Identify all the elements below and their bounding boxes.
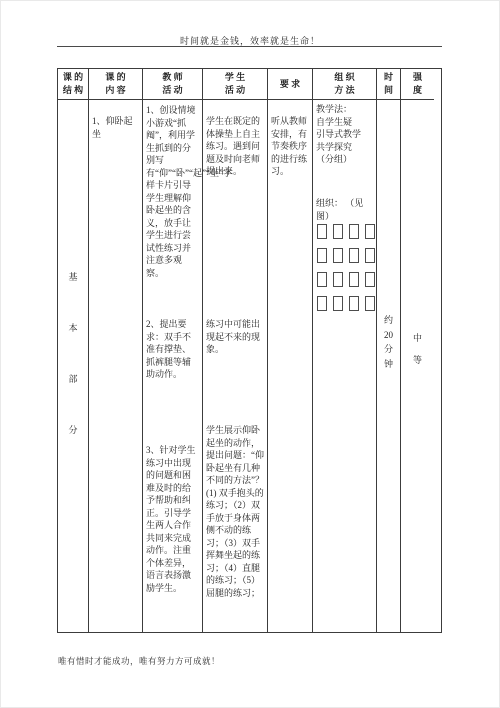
header-time: 时 间 bbox=[377, 69, 400, 100]
mat-rectangle bbox=[317, 272, 327, 287]
cell-time-body: 约 20 分 钟 bbox=[377, 100, 400, 632]
content-item: 1、仰卧起坐 bbox=[92, 115, 139, 140]
mat-rectangle bbox=[333, 296, 343, 311]
requirements-text: 听从教师安排，有节奏秩序的进行练习。 bbox=[271, 115, 309, 178]
teacher-activity-2: 2、提出要求：双手不准有撑垫、抓裤腿等辅助动作。 bbox=[146, 318, 199, 381]
cell-structure-body: 基 本 部 分 bbox=[58, 100, 88, 632]
lesson-plan-table: 课 的 结 构 基 本 部 分 课 的 内 容 1、仰卧起坐 教 师 活 动 1… bbox=[57, 68, 442, 633]
teacher-activity-1: 1、创设情境小游戏“抓阄”，利用学生抓到的分别写有“仰”“卧”“起”“坐”字样卡… bbox=[146, 104, 199, 279]
mat-rectangle bbox=[333, 272, 343, 287]
mat-rectangle bbox=[365, 272, 375, 287]
formation-label: 组织： （见图） bbox=[316, 197, 373, 222]
formation-diagram bbox=[317, 224, 375, 311]
header-teacher-activity: 教 师 活 动 bbox=[143, 69, 202, 100]
student-activity-3: 学生展示仰卧起坐的动作，提出问题：“仰卧起坐有几种不同的方法”？(1) 双手抱头… bbox=[206, 424, 264, 599]
column-time: 时 间 约 20 分 钟 bbox=[377, 69, 401, 632]
mat-rectangle bbox=[317, 248, 327, 263]
column-student-activity: 学 生 活 动 学生在既定的体操垫上自主练习。遇到问题及时向老师提出来。 练习中… bbox=[203, 69, 268, 632]
mat-rectangle bbox=[333, 248, 343, 263]
student-activity-2: 练习中可能出现起不来的现象。 bbox=[206, 318, 264, 356]
column-intensity: 强 度 中 等 bbox=[401, 69, 434, 632]
header-divider bbox=[57, 46, 442, 47]
header-structure: 课 的 结 构 bbox=[58, 69, 88, 100]
header-requirements: 要 求 bbox=[268, 69, 312, 100]
mat-rectangle bbox=[333, 224, 343, 239]
column-content: 课 的 内 容 1、仰卧起坐 bbox=[89, 69, 143, 632]
teacher-activity-3: 3、针对学生练习中出现的问题和困难及时的给予帮助和纠正。引导学生两人合作共同来完… bbox=[146, 444, 199, 594]
intensity-value: 中 等 bbox=[401, 327, 434, 371]
column-organization: 组 织 方 法 教学法： 自学生疑 引导式教学 共学探究 （分组） 组织： （见… bbox=[313, 69, 377, 632]
mat-rectangle bbox=[365, 296, 375, 311]
header-organization: 组 织 方 法 bbox=[313, 69, 376, 100]
time-value: 约 20 分 钟 bbox=[377, 313, 400, 371]
mat-rectangle bbox=[349, 272, 359, 287]
mat-rectangle bbox=[365, 248, 375, 263]
header-student-activity: 学 生 活 动 bbox=[203, 69, 267, 100]
header-intensity: 强 度 bbox=[401, 69, 434, 100]
cell-content-body: 1、仰卧起坐 bbox=[89, 100, 142, 632]
header-content: 课 的 内 容 bbox=[89, 69, 142, 100]
cell-student-activity: 学生在既定的体操垫上自主练习。遇到问题及时向老师提出来。 练习中可能出现起不来的… bbox=[203, 100, 267, 632]
mat-rectangle bbox=[349, 248, 359, 263]
footer-motto: 唯有惜时才能成功，唯有努力方可成就！ bbox=[58, 655, 220, 667]
student-activity-1: 学生在既定的体操垫上自主练习。遇到问题及时向老师提出来。 bbox=[206, 115, 264, 178]
mat-rectangle bbox=[365, 224, 375, 239]
cell-organization: 教学法： 自学生疑 引导式教学 共学探究 （分组） 组织： （见图） bbox=[313, 100, 376, 632]
cell-intensity-body: 中 等 bbox=[401, 100, 434, 632]
cell-teacher-activity: 1、创设情境小游戏“抓阄”，利用学生抓到的分别写有“仰”“卧”“起”“坐”字样卡… bbox=[143, 100, 202, 632]
mat-rectangle bbox=[349, 296, 359, 311]
column-structure: 课 的 结 构 基 本 部 分 bbox=[58, 69, 89, 632]
structure-label: 基 本 部 分 bbox=[58, 252, 88, 456]
column-requirements: 要 求 听从教师安排，有节奏秩序的进行练习。 bbox=[268, 69, 313, 632]
lesson-plan-page: 时间就是金钱，效率就是生命！ 课 的 结 构 基 本 部 分 课 的 内 容 1… bbox=[0, 0, 500, 708]
mat-rectangle bbox=[317, 296, 327, 311]
column-teacher-activity: 教 师 活 动 1、创设情境小游戏“抓阄”，利用学生抓到的分别写有“仰”“卧”“… bbox=[143, 69, 203, 632]
cell-requirements: 听从教师安排，有节奏秩序的进行练习。 bbox=[268, 100, 312, 632]
mat-rectangle bbox=[317, 224, 327, 239]
mat-rectangle bbox=[349, 224, 359, 239]
teaching-methods: 教学法： 自学生疑 引导式教学 共学探究 （分组） bbox=[316, 103, 373, 166]
